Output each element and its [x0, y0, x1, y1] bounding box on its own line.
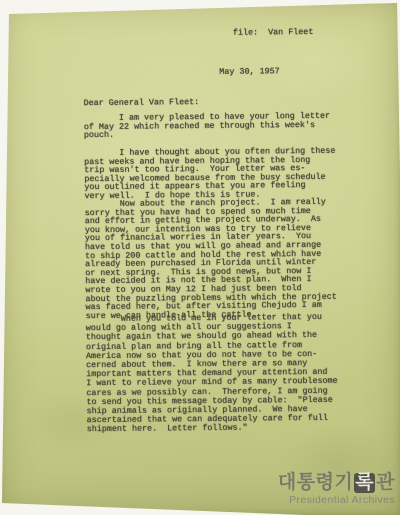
paragraph-3: Now about the ranch project. I am really…: [85, 198, 337, 321]
date-line: May 30, 1957: [219, 66, 279, 77]
paragraph-1: I am very pleased to have your long lett…: [84, 112, 331, 140]
letter-page: file: Van Fleet May 30, 1957 Dear Genera…: [0, 0, 400, 515]
paragraph-4: When you told me in your letter that you…: [86, 313, 338, 435]
file-reference-label: file: Van Fleet: [233, 27, 314, 38]
paragraph-2: I have thought about you often during th…: [84, 147, 336, 201]
typed-content: file: Van Fleet May 30, 1957 Dear Genera…: [0, 0, 400, 515]
salutation: Dear General Van Fleet:: [84, 97, 200, 108]
scanned-letter: file: Van Fleet May 30, 1957 Dear Genera…: [0, 0, 400, 515]
